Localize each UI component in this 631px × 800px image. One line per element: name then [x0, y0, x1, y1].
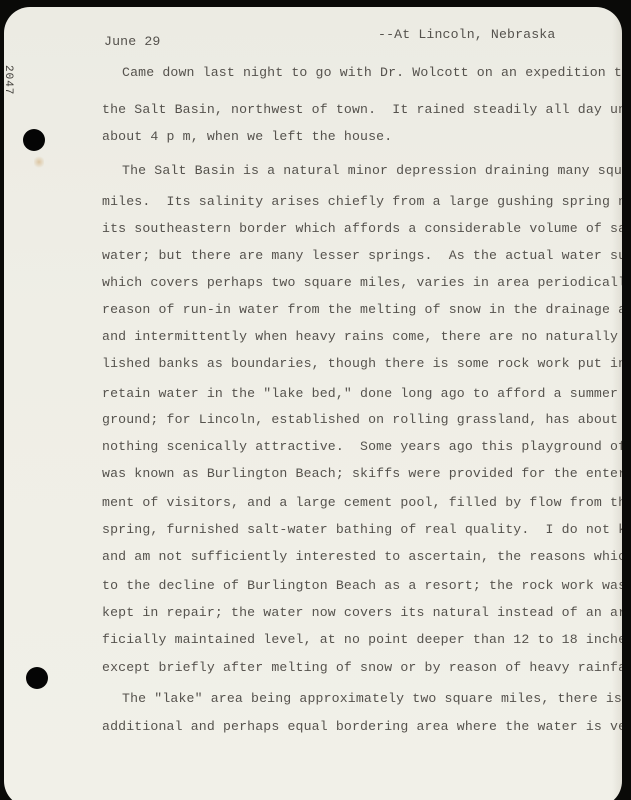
- text-line: The Salt Basin is a natural minor depres…: [122, 163, 622, 178]
- text-line: water; but there are many lesser springs…: [102, 248, 622, 263]
- typewritten-page: 2047 June 29 --At Lincoln, Nebraska Came…: [4, 7, 622, 800]
- text-line: The "lake" area being approximately two …: [122, 691, 622, 706]
- margin-page-number: 2047: [4, 65, 14, 95]
- rust-stain: [34, 155, 44, 169]
- text-line: additional and perhaps equal bordering a…: [102, 719, 622, 734]
- text-line: was known as Burlington Beach; skiffs we…: [102, 466, 622, 481]
- text-line: kept in repair; the water now covers its…: [102, 605, 622, 620]
- text-line: miles. Its salinity arises chiefly from …: [102, 194, 622, 209]
- text-line: to the decline of Burlington Beach as a …: [102, 578, 622, 593]
- text-line: the Salt Basin, northwest of town. It ra…: [102, 102, 622, 117]
- text-line: lished banks as boundaries, though there…: [102, 356, 622, 371]
- text-line: spring, furnished salt-water bathing of …: [102, 522, 622, 537]
- text-line: ment of visitors, and a large cement poo…: [102, 495, 622, 510]
- text-line: except briefly after melting of snow or …: [102, 660, 622, 675]
- text-line: its southeastern border which affords a …: [102, 221, 622, 236]
- text-line: which covers perhaps two square miles, v…: [102, 275, 622, 290]
- text-line: reason of run-in water from the melting …: [102, 302, 622, 317]
- text-line: and intermittently when heavy rains come…: [102, 329, 622, 344]
- text-line: nothing scenically attractive. Some year…: [102, 439, 622, 454]
- punch-hole-bottom: [26, 667, 48, 689]
- entry-location: --At Lincoln, Nebraska: [378, 27, 555, 42]
- entry-date: June 29: [104, 34, 160, 49]
- text-line: about 4 p m, when we left the house.: [102, 129, 392, 144]
- text-line: and am not sufficiently interested to as…: [102, 549, 622, 564]
- text-line: ground; for Lincoln, established on roll…: [102, 412, 622, 427]
- text-line: ficially maintained level, at no point d…: [102, 632, 622, 647]
- punch-hole-top: [23, 129, 45, 151]
- text-line: retain water in the "lake bed," done lon…: [102, 386, 622, 401]
- text-line: Came down last night to go with Dr. Wolc…: [122, 65, 622, 80]
